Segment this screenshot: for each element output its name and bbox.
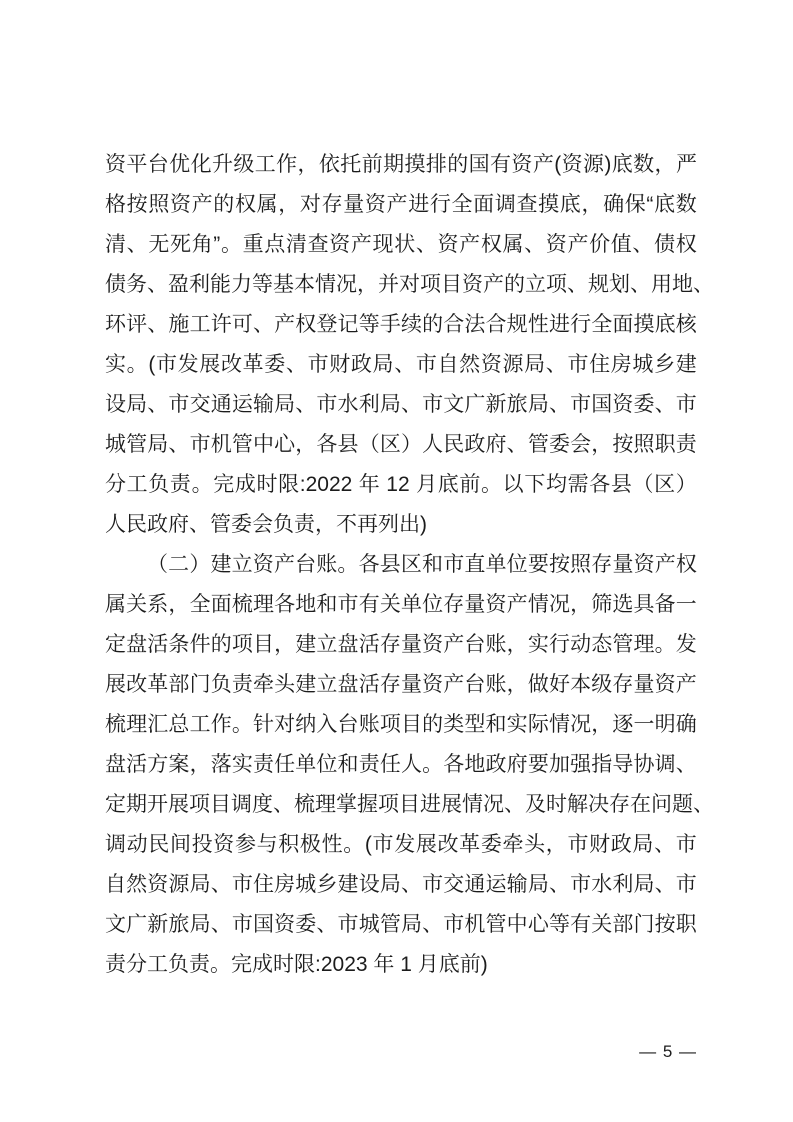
text-line: 债务、盈利能力等基本情况，并对项目资产的立项、规划、用地、 [105, 265, 697, 305]
text-line: （二）建立资产台账。各县区和市直单位要按照存量资产权 [105, 545, 697, 585]
text-line: 城管局、市机管中心，各县（区）人民政府、管委会，按照职责 [105, 425, 697, 465]
text-line: 责分工负责。完成时限:2023 年 1 月底前) [105, 945, 697, 985]
text-line: 设局、市交通运输局、市水利局、市文广新旅局、市国资委、市 [105, 385, 697, 425]
document-page: 资平台优化升级工作，依托前期摸排的国有资产(资源)底数，严格按照资产的权属，对存… [0, 0, 793, 1122]
text-line: 自然资源局、市住房城乡建设局、市交通运输局、市水利局、市 [105, 865, 697, 905]
text-line: 属关系，全面梳理各地和市有关单位存量资产情况，筛选具备一 [105, 585, 697, 625]
text-line: 盘活方案，落实责任单位和责任人。各地政府要加强指导协调、 [105, 745, 697, 785]
text-line: 文广新旅局、市国资委、市城管局、市机管中心等有关部门按职 [105, 905, 697, 945]
text-line: 定期开展项目调度、梳理掌握项目进展情况、及时解决存在问题、 [105, 785, 697, 825]
text-line: 梳理汇总工作。针对纳入台账项目的类型和实际情况，逐一明确 [105, 705, 697, 745]
text-line: 实。(市发展改革委、市财政局、市自然资源局、市住房城乡建 [105, 345, 697, 385]
text-line: 清、无死角”。重点清查资产现状、资产权属、资产价值、债权 [105, 225, 697, 265]
body-text: 资平台优化升级工作，依托前期摸排的国有资产(资源)底数，严格按照资产的权属，对存… [105, 145, 697, 985]
text-line: 环评、施工许可、产权登记等手续的合法合规性进行全面摸底核 [105, 305, 697, 345]
text-line: 人民政府、管委会负责，不再列出) [105, 505, 697, 545]
page-number: — 5 — [639, 1041, 697, 1063]
text-line: 展改革部门负责牵头建立盘活存量资产台账，做好本级存量资产 [105, 665, 697, 705]
text-line: 资平台优化升级工作，依托前期摸排的国有资产(资源)底数，严 [105, 145, 697, 185]
text-line: 分工负责。完成时限:2022 年 12 月底前。以下均需各县（区） [105, 465, 697, 505]
text-line: 调动民间投资参与积极性。(市发展改革委牵头，市财政局、市 [105, 825, 697, 865]
text-line: 格按照资产的权属，对存量资产进行全面调查摸底，确保“底数 [105, 185, 697, 225]
text-line: 定盘活条件的项目，建立盘活存量资产台账，实行动态管理。发 [105, 625, 697, 665]
